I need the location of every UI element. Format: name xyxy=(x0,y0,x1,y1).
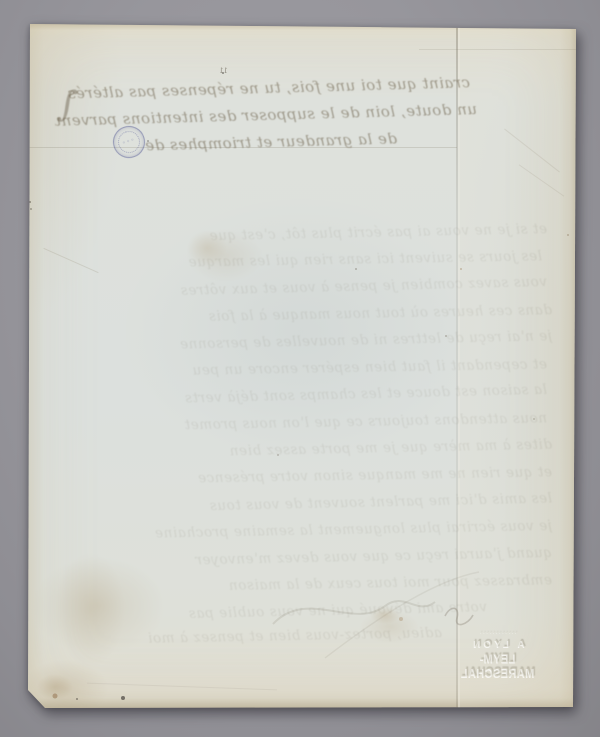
bleedthrough-page-number: 11 xyxy=(219,67,228,75)
bleedthrough-faint-line: et cependant il faut bien espérer encore… xyxy=(147,357,547,380)
bleedthrough-faint-line: dans ces heures où tout nous manque à la… xyxy=(157,302,552,326)
bleedthrough-faint-line: les amis d'ici me parlent souvent de vou… xyxy=(152,490,552,515)
bleedthrough-line-3: de la grandeur et triomphes de Coeur. xyxy=(145,129,397,154)
paper-specks xyxy=(27,22,29,24)
bleedthrough-faint-line: nous attendons toujours ce que l'on nous… xyxy=(167,410,547,433)
paper-shadow-wrap: craint que toi une fois, tu ne répenses … xyxy=(0,0,600,737)
bleedthrough-faint-line: vous savez combien je pense à vous et au… xyxy=(137,274,547,300)
surface-scratch xyxy=(43,248,98,273)
bleedthrough-faint-line: et que rien ne me manque sinon votre pré… xyxy=(122,464,552,488)
bleedthrough-faint-line: je n'ai reçu de lettres ni de nouvelles … xyxy=(127,328,552,354)
blind-stamp-city-line: A LYON xyxy=(445,639,551,650)
corner-stain xyxy=(37,674,73,700)
bleedthrough-faint-line: dites à ma mère que je me porte assez bi… xyxy=(137,437,552,462)
bleedthrough-line-2: un doute, loin de le supposer des intent… xyxy=(55,100,477,130)
bleedthrough-faint-line: embrassez pour moi tous ceux de la maiso… xyxy=(127,572,552,595)
horizontal-crease-bottom xyxy=(87,683,277,691)
ink-stamp-center-text: ◦◦◦ xyxy=(110,123,148,161)
bleedthrough-faint-line: la saison est douce et les champs sont d… xyxy=(117,382,547,409)
surface-scratch xyxy=(504,129,560,173)
bleedthrough-faint-line: et si je ne vous ai pas écrit plus tôt, … xyxy=(177,221,547,245)
fox-stain-cluster xyxy=(55,552,125,667)
blind-stamp-name-line: LEYM-MARESCHAL xyxy=(445,652,551,680)
embossed-blind-stamp: ············ A LYON LEYM-MARESCHAL xyxy=(445,630,551,678)
bleedthrough-faint-line: adieu, portez-vous bien et pensez à moi xyxy=(142,625,442,647)
bleedthrough-faint-line: les jours se suivent ici sans rien qui l… xyxy=(122,248,542,271)
bleedthrough-faint-line: votre ami dévoué qui ne vous oublie pas xyxy=(157,599,487,622)
bleedthrough-line-1: craint que toi une fois, tu ne répenses … xyxy=(62,73,470,102)
bleedthrough-faint-line: je vous écrirai plus longuement la semai… xyxy=(132,518,552,542)
manuscript-leaf: craint que toi une fois, tu ne répenses … xyxy=(27,22,576,709)
photo-stage: craint que toi une fois, tu ne répenses … xyxy=(0,0,600,737)
blind-stamp-small-line: ············ xyxy=(445,630,551,636)
bleedthrough-faint-line: quand j'aurai reçu ce que vous devez m'e… xyxy=(162,545,552,569)
horizontal-crease-top-right xyxy=(419,49,576,50)
